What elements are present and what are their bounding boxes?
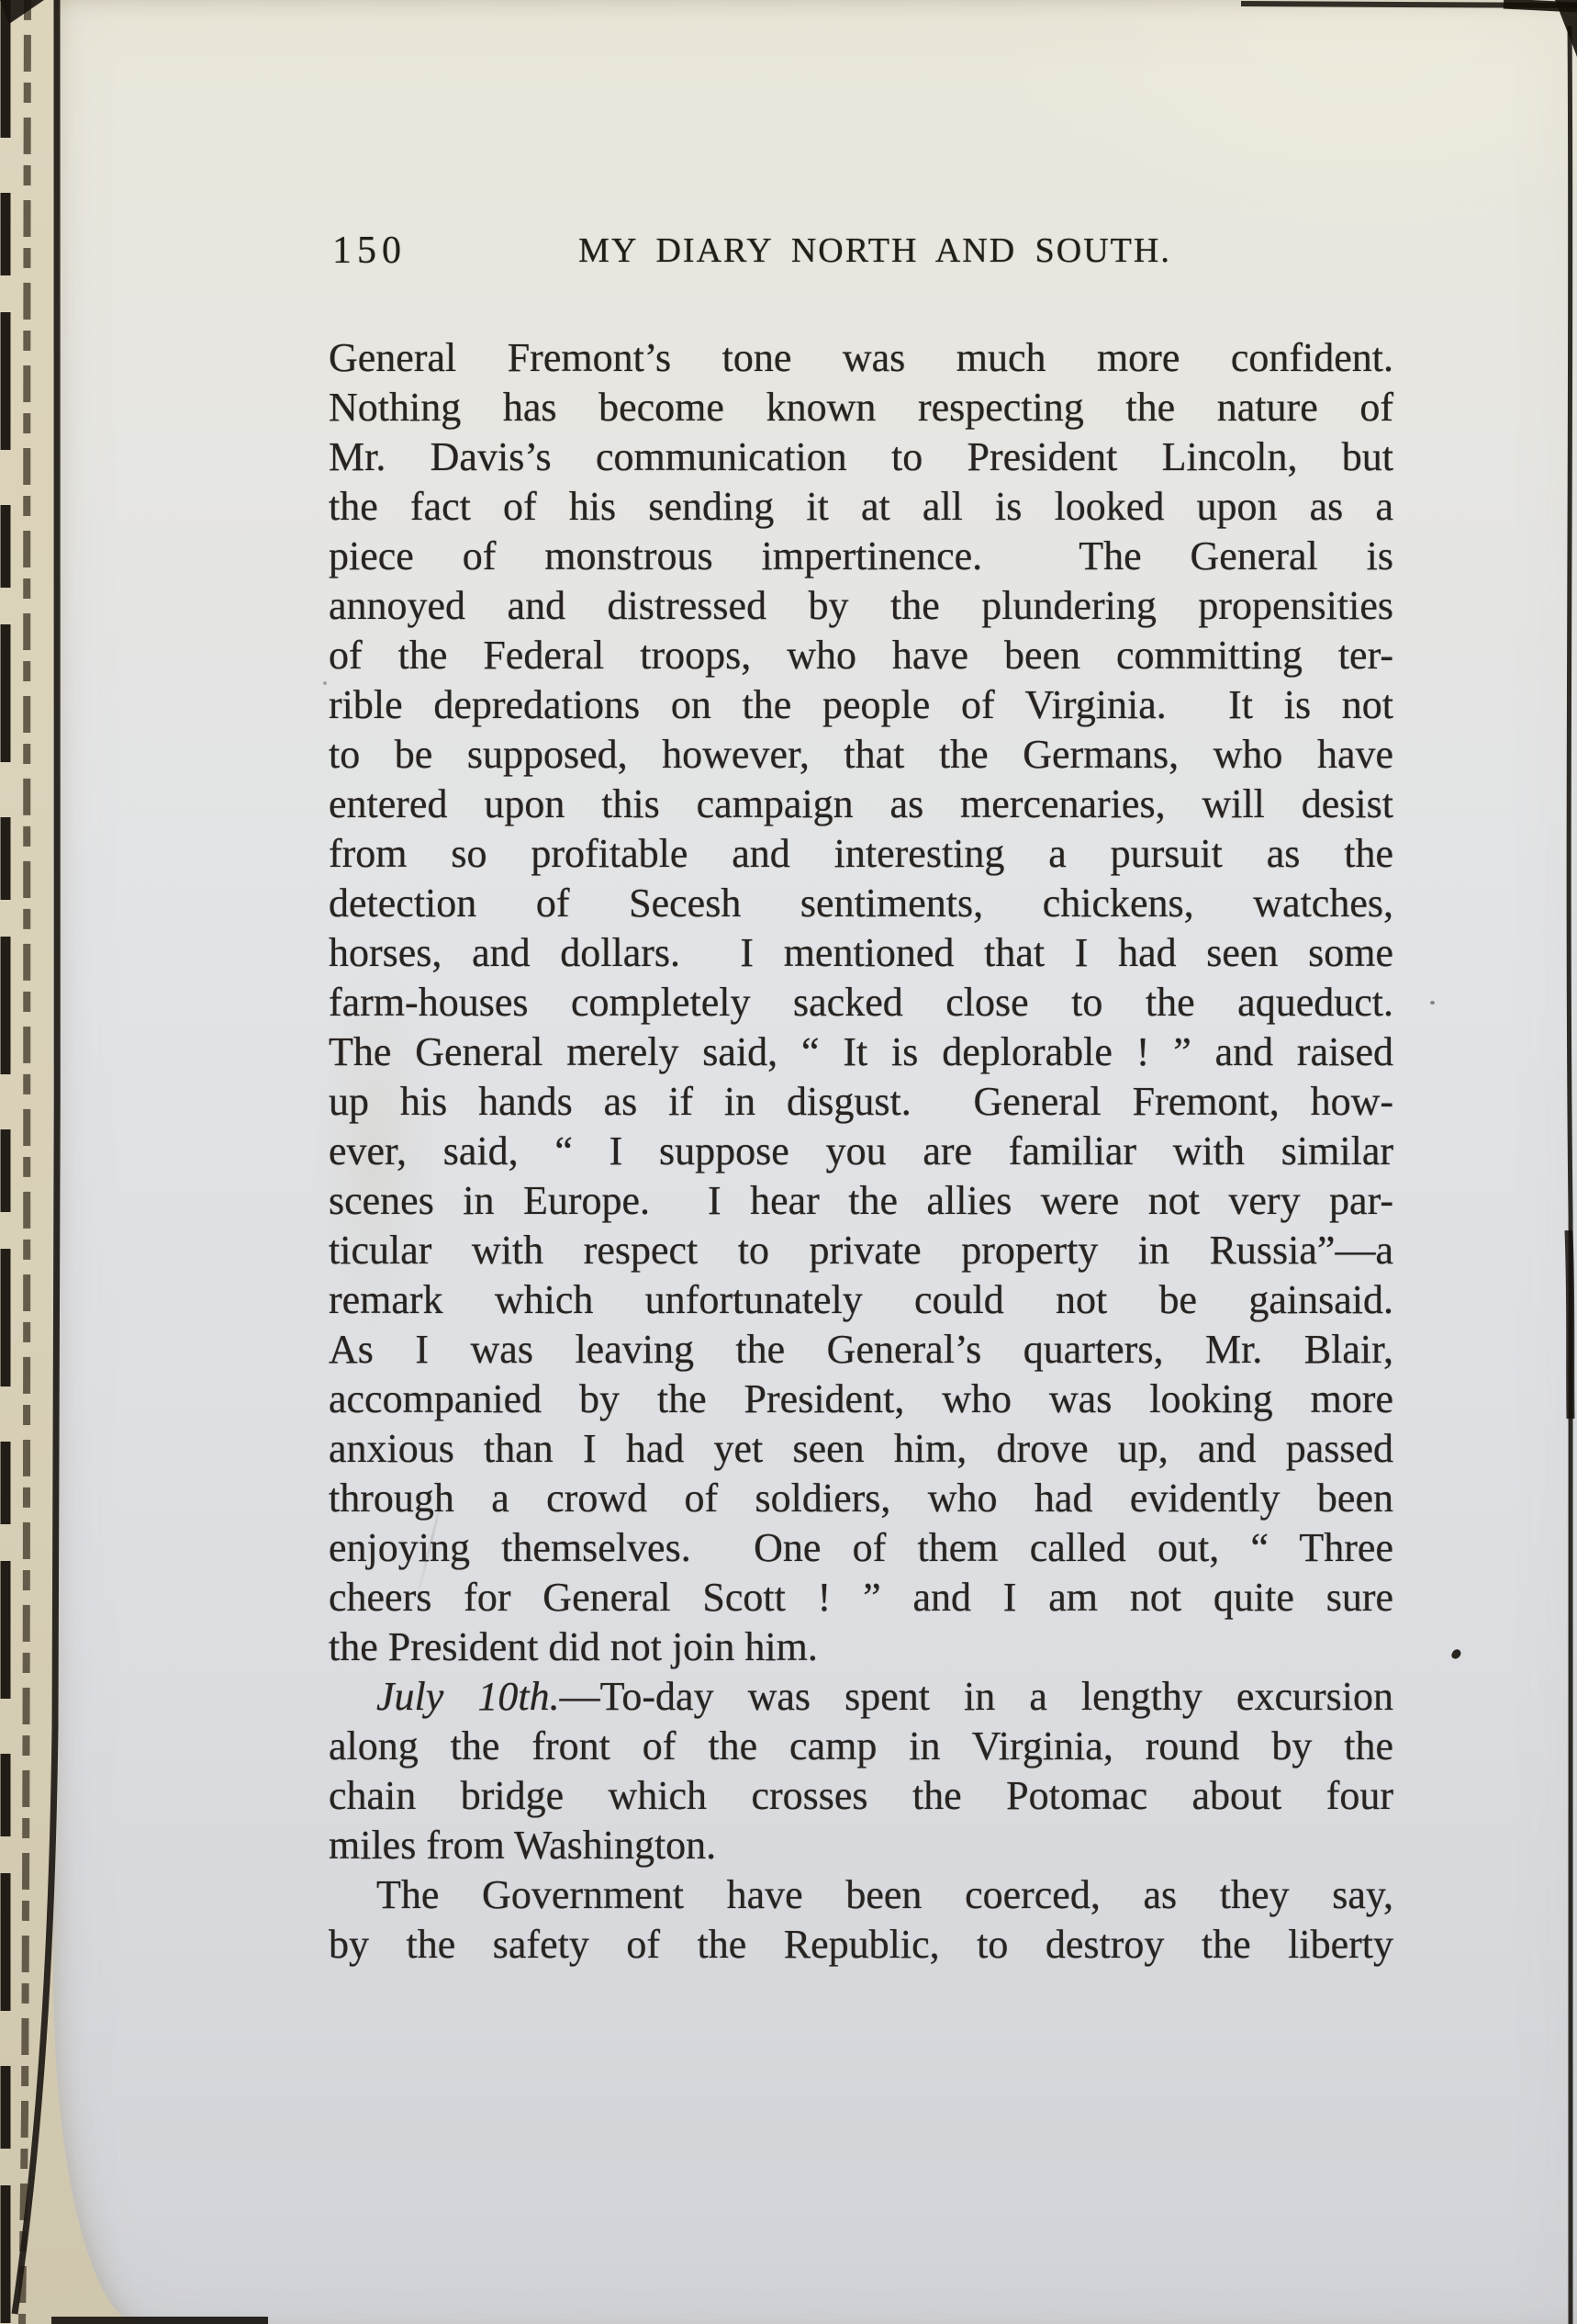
text-line: chain bridge which crosses the Potomac a… bbox=[329, 1771, 1393, 1821]
text-line: scenes in Europe. I hear the allies were… bbox=[329, 1176, 1393, 1226]
page-number: 150 bbox=[332, 230, 407, 272]
text-line: along the front of the camp in Virginia,… bbox=[329, 1722, 1393, 1771]
book-page-scan: 150 MY DIARY NORTH AND SOUTH. General Fr… bbox=[0, 0, 1577, 2324]
text-line: remark which unfortunately could not be … bbox=[329, 1275, 1393, 1325]
text-line: by the safety of the Republic, to destro… bbox=[329, 1920, 1393, 1970]
text-line: Mr. Davis’s communication to President L… bbox=[329, 432, 1393, 482]
text-line: The Government have been coerced, as the… bbox=[329, 1870, 1393, 1920]
text-line: of the Federal troops, who have been com… bbox=[329, 631, 1393, 680]
text-line: miles from Washington. bbox=[329, 1821, 1393, 1870]
text-line: annoyed and distressed by the plundering… bbox=[329, 581, 1393, 631]
text-line: to be supposed, however, that the German… bbox=[329, 730, 1393, 780]
text-line: piece of monstrous impertinence. The Gen… bbox=[329, 532, 1393, 581]
text-line: As I was leaving the General’s quarters,… bbox=[329, 1325, 1393, 1375]
text-line: Nothing has become known respecting the … bbox=[329, 383, 1393, 432]
text-line: from so profitable and interesting a pur… bbox=[329, 829, 1393, 879]
text-line: General Fremont’s tone was much more con… bbox=[329, 333, 1393, 383]
text-line: through a crowd of soldiers, who had evi… bbox=[329, 1474, 1393, 1523]
running-header-title: MY DIARY NORTH AND SOUTH. bbox=[356, 230, 1393, 272]
text-line: entered upon this campaign as mercenarie… bbox=[329, 780, 1393, 829]
text-line: ticular with respect to private property… bbox=[329, 1226, 1393, 1275]
text-line: The General merely said, “ It is deplora… bbox=[329, 1027, 1393, 1077]
date-italic: July 10th. bbox=[376, 1674, 560, 1719]
text-line: farm-houses completely sacked close to t… bbox=[329, 978, 1393, 1027]
text-line: the fact of his sending it at all is loo… bbox=[329, 482, 1393, 532]
text-line: detection of Secesh sentiments, chickens… bbox=[329, 879, 1393, 928]
text-line: July 10th.—To-day was spent in a lengthy… bbox=[329, 1672, 1393, 1722]
text-line: accompanied by the President, who was lo… bbox=[329, 1375, 1393, 1424]
page-content: 150 MY DIARY NORTH AND SOUTH. General Fr… bbox=[0, 0, 1577, 2324]
text-line: anxious than I had yet seen him, drove u… bbox=[329, 1424, 1393, 1474]
text-line: ever, said, “ I suppose you are familiar… bbox=[329, 1127, 1393, 1176]
text-line: up his hands as if in disgust. General F… bbox=[329, 1077, 1393, 1127]
text-line: cheers for General Scott ! ” and I am no… bbox=[329, 1573, 1393, 1622]
page-text-body: General Fremont’s tone was much more con… bbox=[329, 333, 1393, 1970]
page-header: 150 MY DIARY NORTH AND SOUTH. bbox=[329, 230, 1393, 272]
text-line: rible depredations on the people of Virg… bbox=[329, 680, 1393, 730]
text-line: the President did not join him. bbox=[329, 1622, 1393, 1672]
text-line: horses, and dollars. I mentioned that I … bbox=[329, 928, 1393, 978]
text-line: enjoying themselves. One of them called … bbox=[329, 1523, 1393, 1573]
